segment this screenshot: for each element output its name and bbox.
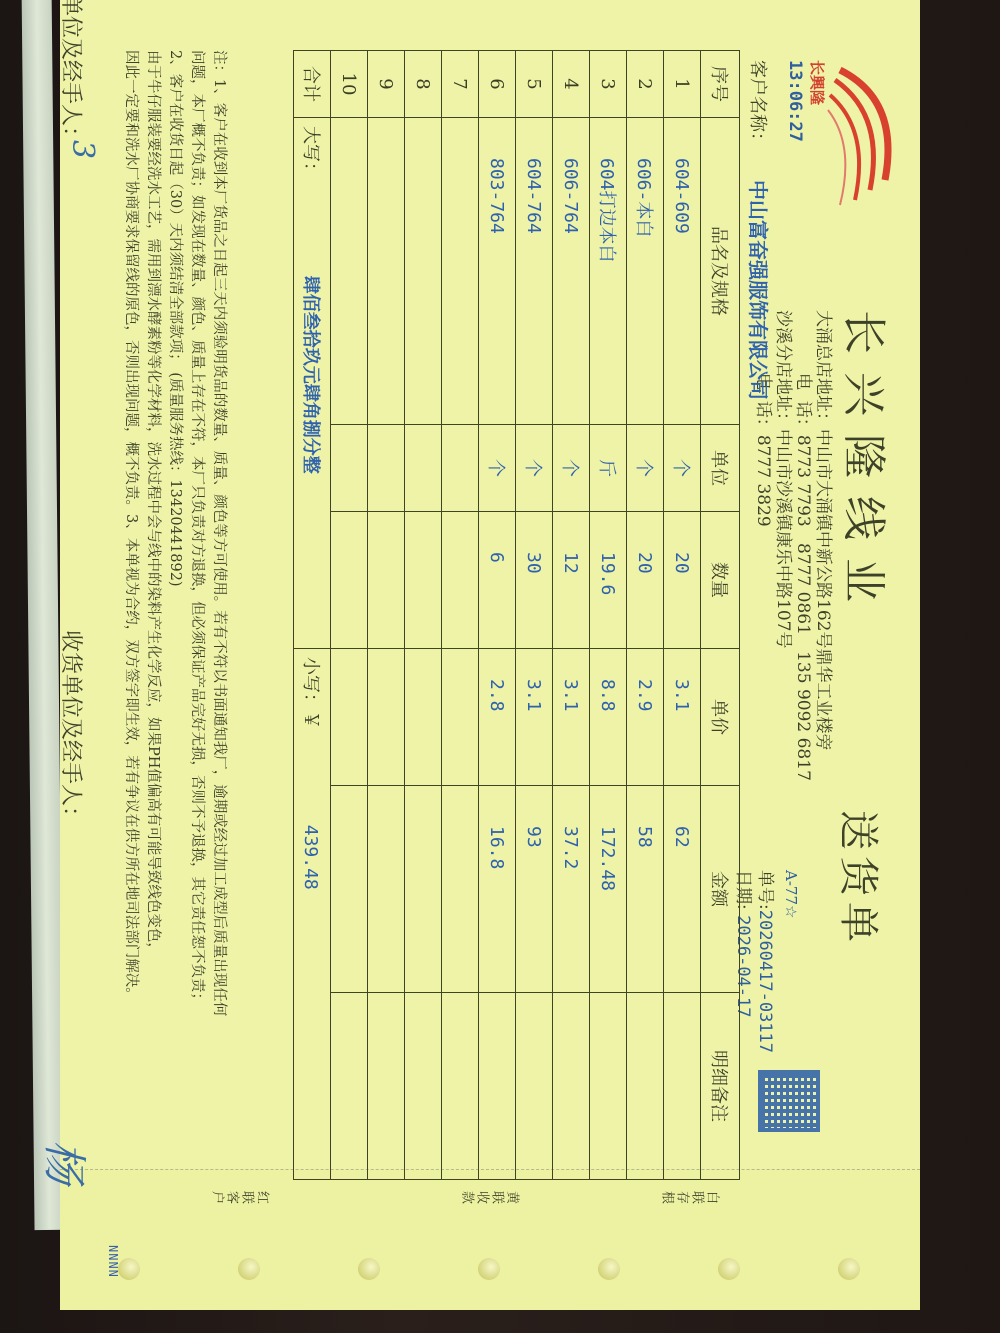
table-row: 4 606-764 个 12 3.1 37.2 bbox=[553, 51, 590, 1180]
receiver-signature: 杨 bbox=[36, 1140, 100, 1184]
terms-line: 2、客户在收货日起（30）天内须结清全部款项； (质量服务热线：13420441… bbox=[164, 50, 186, 1230]
terms-line: 由于牛仔服装要经洗水工艺，需用到漂水酵素粉等化学材料，洗水过程中会与线中的染料产… bbox=[142, 50, 164, 1230]
terms-line: 注：1、客户在收到本厂货品之日起三天内须验明货品的数量、质量、颜色等方可使用。若… bbox=[208, 50, 230, 1230]
serial-mark: A-77☆ bbox=[782, 870, 800, 918]
total-small: 小写：￥ 439.48 bbox=[294, 649, 331, 1180]
qr-code-icon bbox=[758, 1070, 820, 1132]
col-price: 单价 bbox=[701, 649, 740, 786]
table-row: 1 604-609 个 20 3.1 62 bbox=[664, 51, 701, 1180]
brand-name: 长興隆 bbox=[807, 60, 828, 105]
stamp-code: NNNN bbox=[106, 1245, 120, 1278]
total-caps: 大写： 肆佰叁拾玖元肆角捌分整 bbox=[294, 118, 331, 649]
col-qty: 数量 bbox=[701, 512, 740, 649]
table-row: 7 bbox=[442, 51, 479, 1180]
col-remark: 明细备注 bbox=[701, 993, 740, 1180]
table-row: 8 bbox=[405, 51, 442, 1180]
table-header-row: 序号 品名及规格 单位 数量 单价 金额 明细备注 bbox=[701, 51, 740, 1180]
brand-logo-icon bbox=[820, 60, 900, 210]
table-row: 5 604-764 个 30 3.1 93 bbox=[516, 51, 553, 1180]
punch-hole bbox=[118, 1258, 140, 1280]
table-row: 2 606-本白 个 20 2.9 58 bbox=[627, 51, 664, 1180]
copy-label-white: 白联存根 bbox=[660, 1186, 720, 1205]
total-label: 合计 bbox=[294, 51, 331, 118]
copy-label-yellow: 黄联收款 bbox=[460, 1186, 520, 1205]
punch-hole bbox=[238, 1258, 260, 1280]
items-table: 序号 品名及规格 单位 数量 单价 金额 明细备注 1 604-609 个 20… bbox=[293, 50, 740, 1180]
order-number: 单号:20260417-03117 bbox=[755, 870, 780, 1053]
col-no: 序号 bbox=[701, 51, 740, 118]
customer-label: 客户名称： bbox=[746, 60, 772, 150]
punch-hole bbox=[478, 1258, 500, 1280]
company-title: 长兴隆线业 bbox=[836, 310, 900, 620]
col-amount: 金额 bbox=[701, 786, 740, 993]
customer-name: 中山富奋强服饰有限公司 bbox=[745, 180, 774, 400]
punch-hole bbox=[598, 1258, 620, 1280]
terms-line: 因此一定要和洗水厂协商要求保留线的原色，否则出现问题，概不负责。3、本单视为合约… bbox=[120, 50, 142, 1230]
col-name: 品名及规格 bbox=[701, 118, 740, 425]
punch-hole bbox=[838, 1258, 860, 1280]
delivery-note: 长興隆 13:06:27 长兴隆线业 送货单 大涌总店地址：中山市大涌镇中新公路… bbox=[60, 0, 920, 1310]
punch-hole bbox=[718, 1258, 740, 1280]
table-row: 9 bbox=[368, 51, 405, 1180]
table-row: 6 803-764 个 6 2.8 16.8 bbox=[479, 51, 516, 1180]
total-row: 合计 大写： 肆佰叁拾玖元肆角捌分整 小写：￥ 439.48 bbox=[294, 51, 331, 1180]
handwritten-mark: 3 bbox=[65, 140, 100, 159]
delivery-note-photo: 长興隆 13:06:27 长兴隆线业 送货单 大涌总店地址：中山市大涌镇中新公路… bbox=[50, 0, 920, 1310]
print-time: 13:06:27 bbox=[785, 60, 805, 142]
receiver-signature-label: 收货单位及经手人： bbox=[57, 630, 88, 828]
table-row: 3 604打边本白 斤 19.6 8.8 172.48 bbox=[590, 51, 627, 1180]
col-unit: 单位 bbox=[701, 425, 740, 512]
terms-line: 问题，本厂概不负责；如发现在数量、颜色、质量上存在不符，本厂只负责对方退换，但必… bbox=[186, 50, 208, 1230]
punch-hole bbox=[358, 1258, 380, 1280]
document-type: 送货单 bbox=[833, 810, 890, 948]
table-row: 10 bbox=[331, 51, 368, 1180]
left-signature-label: 收货单位及经手人： bbox=[57, 0, 88, 148]
